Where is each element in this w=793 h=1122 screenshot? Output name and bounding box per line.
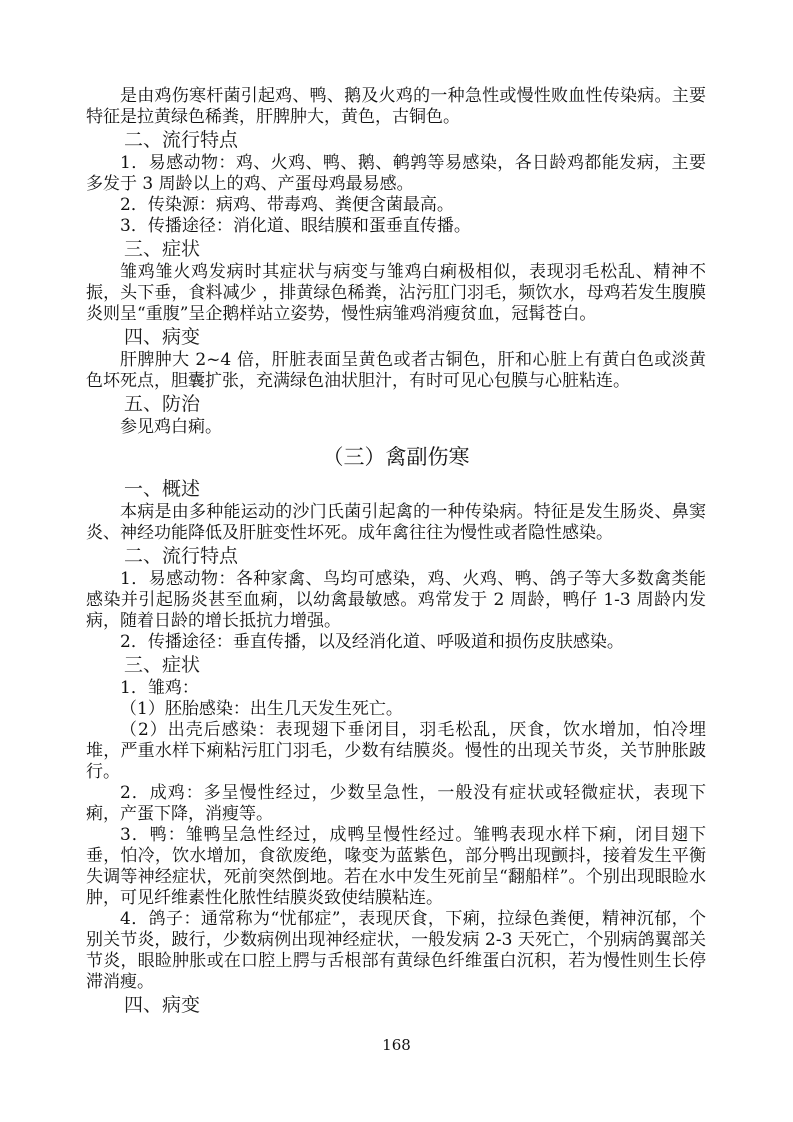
para-embryo-infection: （1）胚胎感染：出生几天发生死亡。 (86, 699, 706, 720)
para-susceptible-animals: 1．易感动物：鸡、火鸡、鸭、鹅、鹌鹑等易感染，各日龄鸡都能发病，主要多发于 3 … (86, 153, 706, 195)
page-number: 168 (0, 1036, 793, 1054)
document-body: 是由鸡伤寒杆菌引起鸡、鸭、鹅及火鸡的一种急性或慢性败血性传染病。主要特征是拉黄绿… (86, 86, 706, 1018)
heading-epidemic-features: 二、流行特点 (86, 129, 706, 151)
para-fowl-typhoid-overview: 是由鸡伤寒杆菌引起鸡、鸭、鹅及火鸡的一种急性或慢性败血性传染病。主要特征是拉黄绿… (86, 86, 706, 128)
para-symptoms: 雏鸡雏火鸡发病时其症状与病变与雏鸡白痢极相似，表现羽毛松乱、精神不振，头下垂，食… (86, 262, 706, 325)
para-susceptible-animals-2: 1．易感动物：各种家禽、鸟均可感染，鸡、火鸡、鸭、鸽子等大多数禽类能感染并引起肠… (86, 569, 706, 632)
heading-lesions-2: 四、病变 (86, 994, 706, 1016)
heading-epidemic-features-2: 二、流行特点 (86, 545, 706, 567)
heading-prevention: 五、防治 (86, 393, 706, 415)
para-prevention-reference: 参见鸡白痢。 (86, 417, 706, 438)
para-transmission-route-2: 2．传播途径：垂直传播，以及经消化道、呼吸道和损伤皮肤感染。 (86, 632, 706, 653)
para-adult-chickens: 2．成鸡：多呈慢性经过，少数呈急性，一般没有症状或轻微症状，表现下痢，产蛋下降，… (86, 783, 706, 825)
para-chicks: 1．雏鸡： (86, 678, 706, 699)
heading-lesions: 四、病变 (86, 326, 706, 348)
para-infection-source: 2．传染源：病鸡、带毒鸡、粪便含菌最高。 (86, 195, 706, 216)
para-transmission-route: 3．传播途径：消化道、眼结膜和蛋垂直传播。 (86, 216, 706, 237)
document-page: { "page": { "footer_page_number": "168" … (0, 0, 793, 1122)
para-overview: 本病是由多种能运动的沙门氏菌引起禽的一种传染病。特征是发生肠炎、鼻窦炎、神经功能… (86, 502, 706, 544)
para-lesions: 肝脾肿大 2~4 倍，肝脏表面呈黄色或者古铜色，肝和心脏上有黄白色或淡黄色坏死点… (86, 350, 706, 392)
heading-symptoms: 三、症状 (86, 238, 706, 260)
chapter-heading-avian-paratyphoid: （三）禽副伤寒 (86, 444, 706, 470)
heading-overview: 一、概述 (86, 478, 706, 500)
heading-symptoms-2: 三、症状 (86, 654, 706, 676)
para-ducks: 3．鸭：雏鸭呈急性经过，成鸭呈慢性经过。雏鸭表现水样下痢，闭目翅下垂，怕冷，饮水… (86, 825, 706, 909)
para-posthatch-infection: （2）出壳后感染：表现翅下垂闭目，羽毛松乱，厌食，饮水增加，怕冷埋堆，严重水样下… (86, 720, 706, 783)
para-pigeons: 4．鸽子：通常称为“忧郁症”，表现厌食，下痢，拉绿色粪便，精神沉郁，个别关节炎，… (86, 909, 706, 993)
